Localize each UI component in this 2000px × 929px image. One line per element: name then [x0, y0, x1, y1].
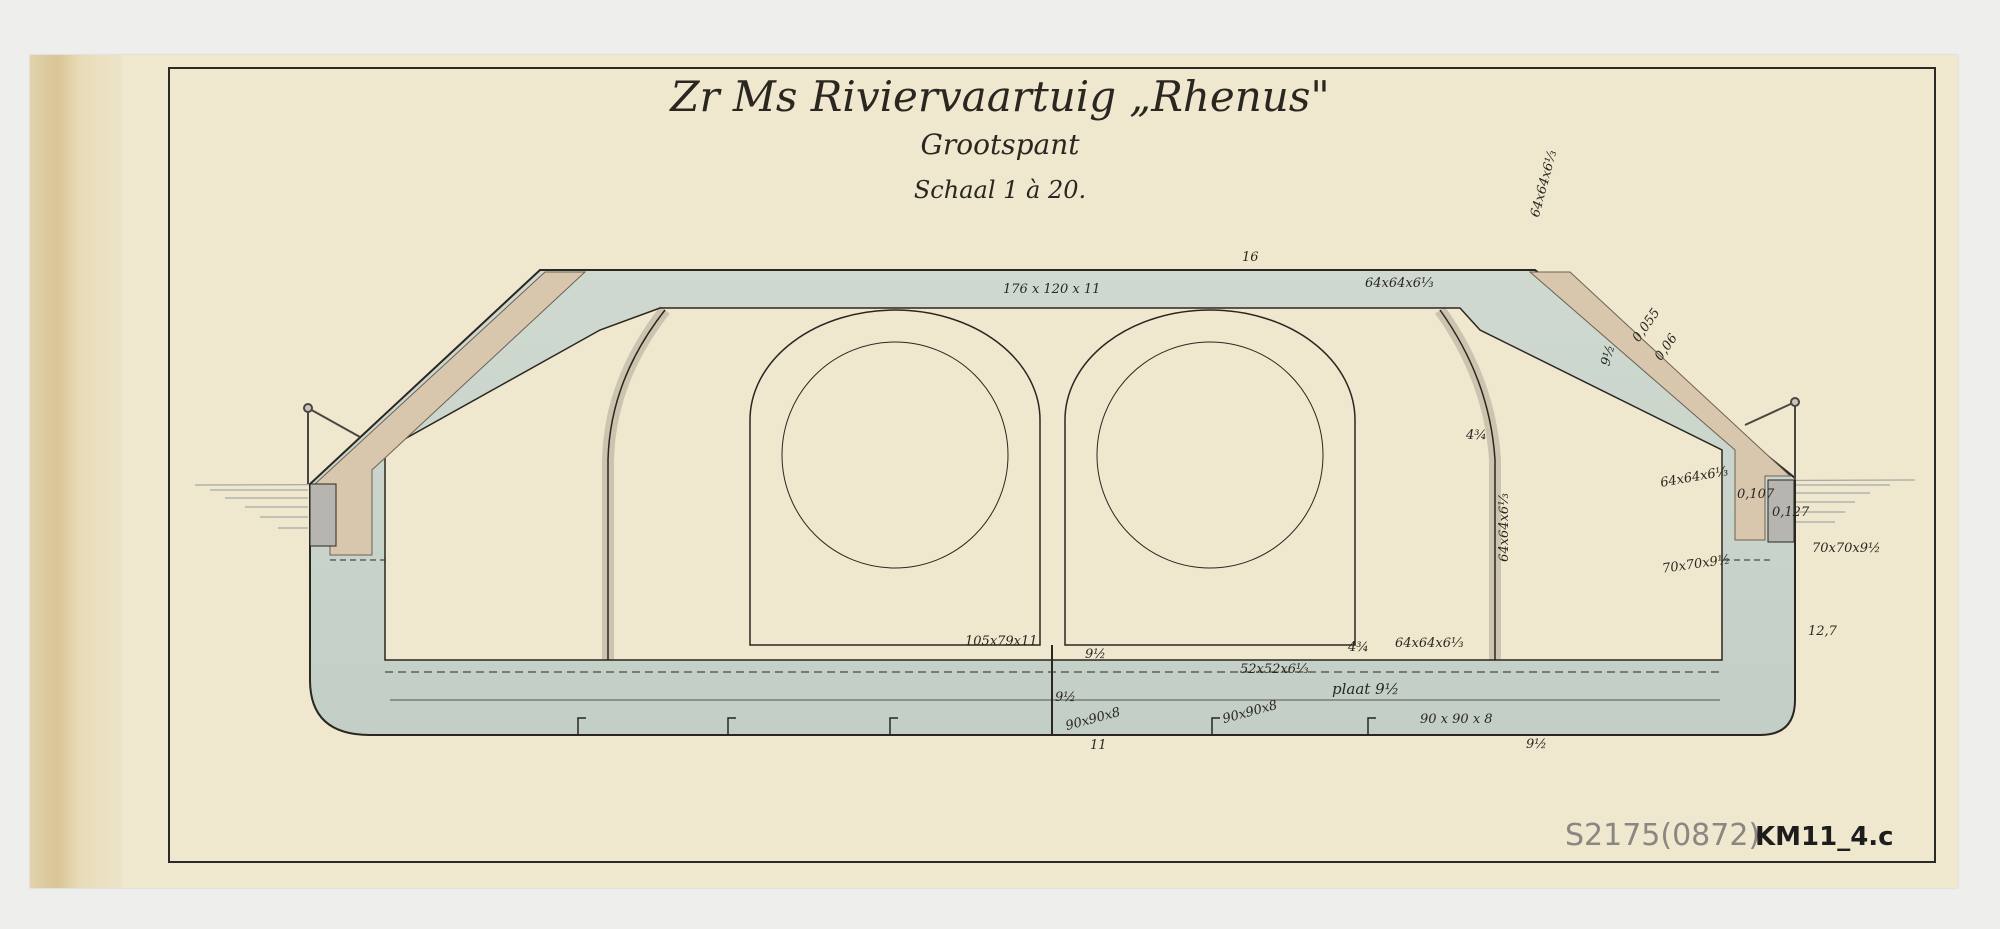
label-floor-angle: 105x79x11 — [965, 634, 1038, 649]
water-hatch-left — [210, 490, 308, 528]
label-wood-side: 0,107 — [1737, 487, 1774, 502]
label-bilge-plate: 12,7 — [1808, 624, 1837, 639]
label-keel-bar: 11 — [1090, 738, 1107, 753]
water-hatch-right — [1795, 485, 1890, 522]
hull-section-drawing — [0, 0, 2000, 929]
fender-left — [310, 484, 336, 546]
archive-ref-pencil: S2175(0872) — [1565, 818, 1760, 853]
label-bottom-outer: 9½ — [1526, 737, 1547, 752]
label-deck-angle-right: 64x64x6⅓ — [1365, 276, 1434, 291]
label-frame-curve: 4¾ — [1466, 428, 1487, 443]
label-deck-beam: 176 x 120 x 11 — [1003, 282, 1100, 297]
label-keelson-plate: 9½ — [1085, 647, 1106, 662]
label-bottom-angle-2: 90 x 90 x 8 — [1420, 712, 1493, 727]
label-floor-bar: 52x52x6⅓ — [1240, 662, 1309, 677]
label-bottom-plate: plaat 9½ — [1332, 680, 1399, 698]
label-floor-plate-right: 4¾ — [1348, 640, 1369, 655]
label-fender: 0,127 — [1772, 505, 1809, 520]
label-bilge-angle-right: 70x70x9½ — [1812, 541, 1881, 556]
hold-interior — [385, 308, 1722, 660]
label-floor-angle-right: 64x64x6⅓ — [1395, 636, 1464, 651]
label-frame-vertical: 64x64x6⅓ — [1497, 493, 1512, 562]
label-keel-plate: 9½ — [1055, 690, 1076, 705]
archive-ref-ink: KM11_4.c — [1755, 822, 1894, 852]
label-deck-plate: 16 — [1242, 250, 1259, 265]
